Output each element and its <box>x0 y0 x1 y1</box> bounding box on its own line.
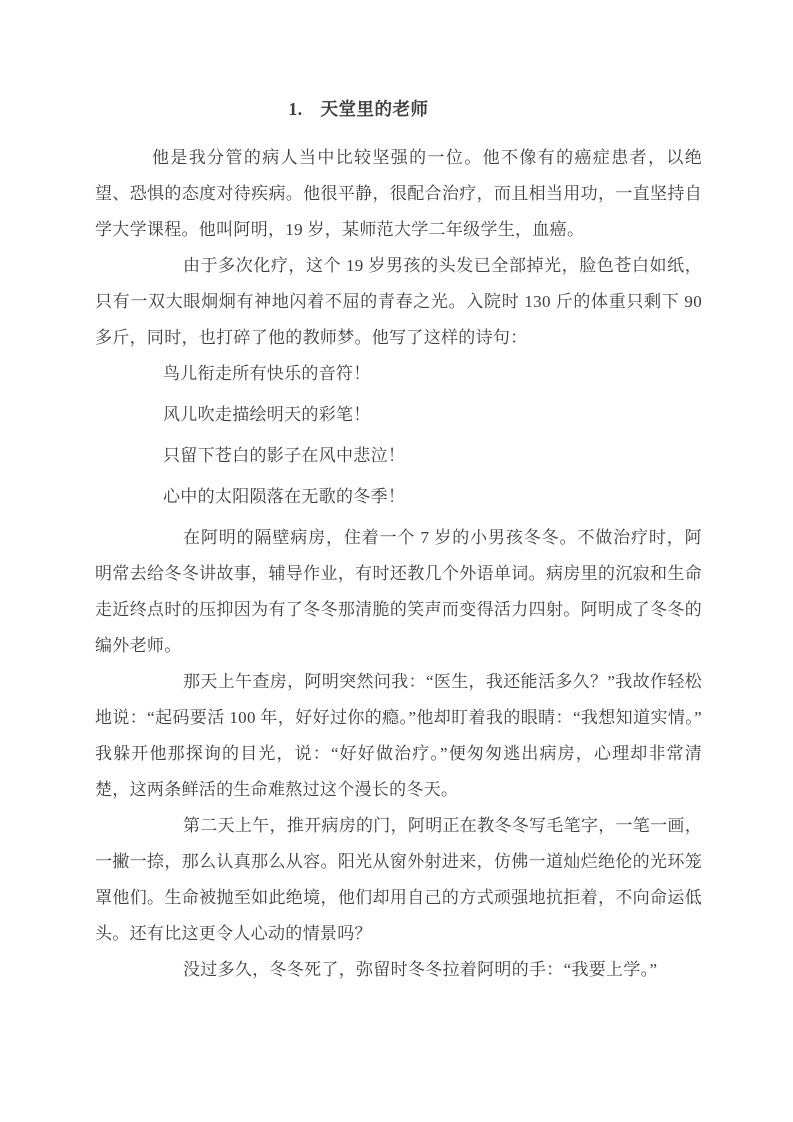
poem-line-2: 风儿吹走描绘明天的彩笔！ <box>95 397 702 433</box>
paragraph-1: 他是我分管的病人当中比较坚强的一位。他不像有的癌症患者，以绝望、恐惧的态度对待疾… <box>95 140 702 248</box>
document-title: 1. 天堂里的老师 <box>95 96 622 122</box>
poem-line-4: 心中的太阳陨落在无歌的冬季！ <box>95 479 702 515</box>
paragraph-3: 在阿明的隔壁病房，住着一个 7 岁的小男孩冬冬。不做治疗时，阿明常去给冬冬讲故事… <box>95 520 702 664</box>
paragraph-6: 没过多久，冬冬死了，弥留时冬冬拉着阿明的手：“我要上学。” <box>95 952 702 988</box>
document-page: 1. 天堂里的老师 他是我分管的病人当中比较坚强的一位。他不像有的癌症患者，以绝… <box>0 0 793 1122</box>
poem-line-1: 鸟儿衔走所有快乐的音符！ <box>95 356 702 392</box>
paragraph-2: 由于多次化疗，这个 19 岁男孩的头发已全部掉光，脸色苍白如纸，只有一双大眼炯炯… <box>95 248 702 356</box>
paragraph-4: 那天上午查房，阿明突然问我：“医生，我还能活多久？”我故作轻松地说：“起码要活 … <box>95 664 702 808</box>
paragraph-5: 第二天上午，推开病房的门，阿明正在教冬冬写毛笔字，一笔一画，一撇一捺，那么认真那… <box>95 808 702 952</box>
poem-line-3: 只留下苍白的影子在风中悲泣！ <box>95 438 702 474</box>
